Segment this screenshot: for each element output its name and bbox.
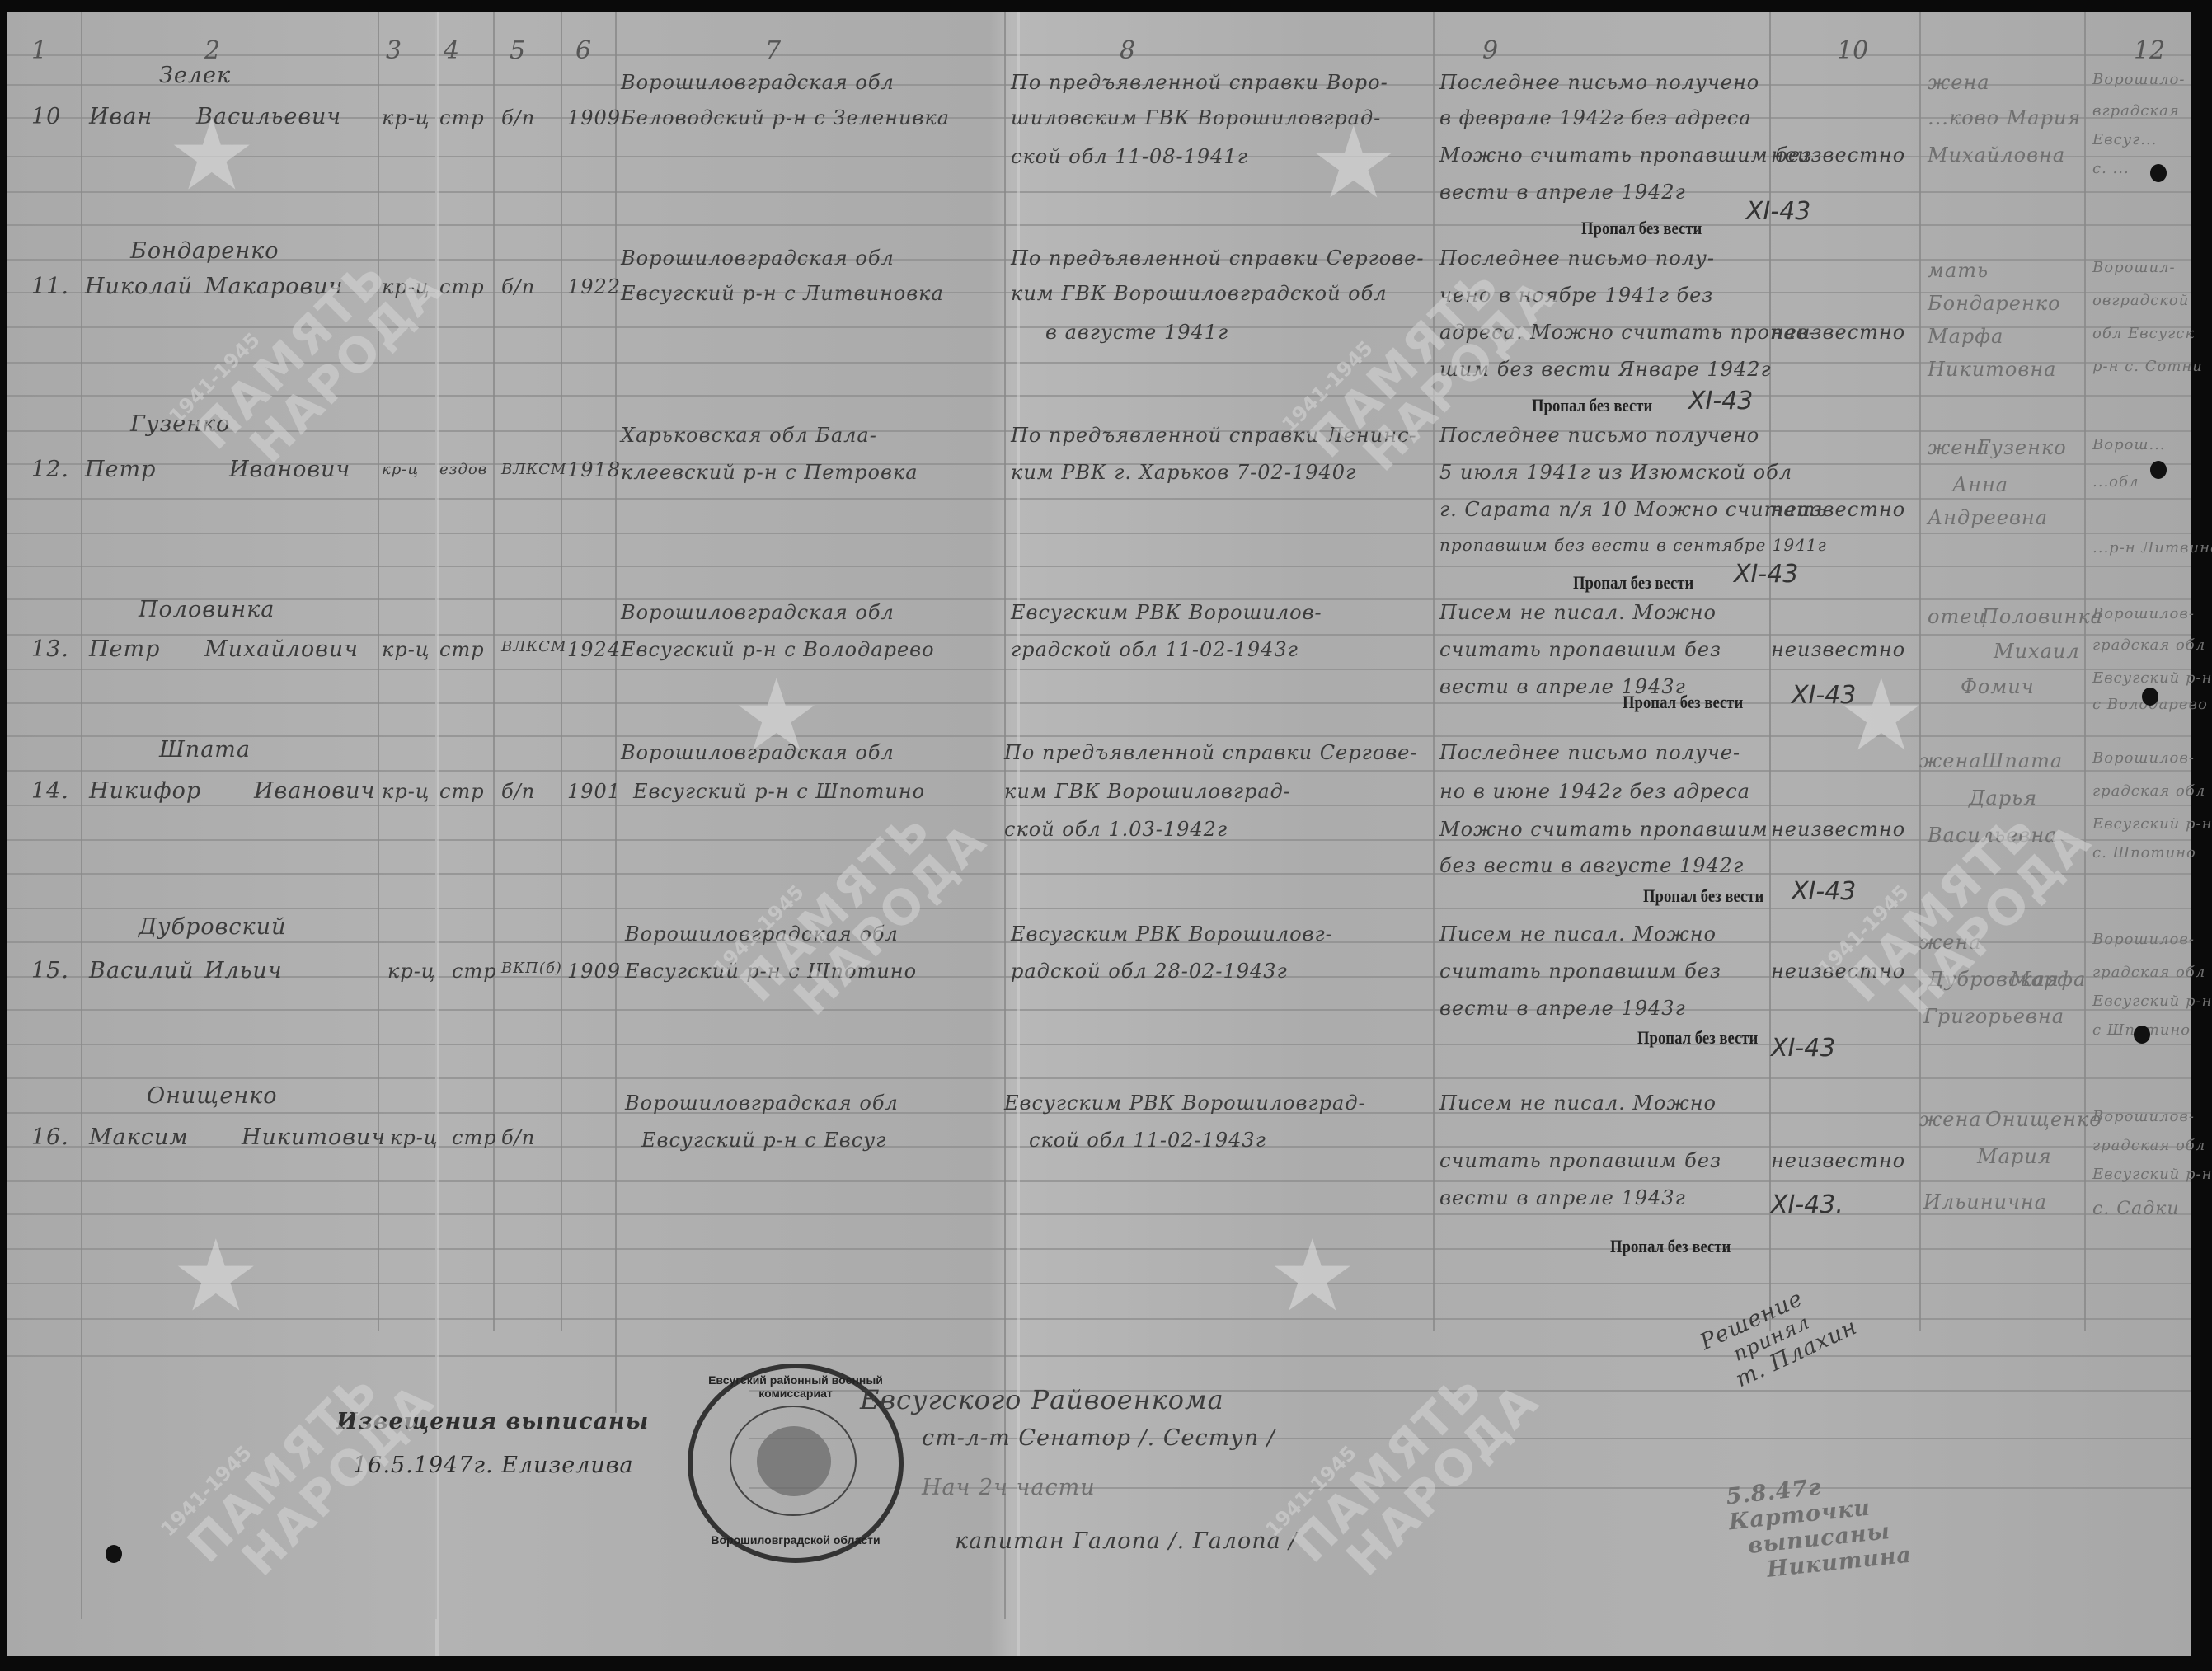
punch-hole: [2142, 688, 2158, 706]
nationality: кр-ц: [382, 780, 430, 803]
callup-line: Евсугским РВК Ворошилов-: [1011, 601, 1322, 624]
address-line: Ворошилов-: [2092, 1108, 2195, 1125]
rule-line: [7, 873, 2191, 875]
birth-year: 1909: [567, 106, 621, 129]
column-divider: [561, 12, 562, 1331]
party: ВКП(б): [501, 960, 562, 977]
callup-line: в августе 1941г: [1045, 321, 1228, 344]
callup-line: ской обл 11-02-1943г: [1029, 1129, 1266, 1152]
birthplace-line: Ворошиловградская обл: [625, 1091, 899, 1115]
address-line: с. Садки: [2092, 1199, 2180, 1219]
rule-line: [7, 566, 2191, 567]
address-line: с. ...: [2092, 160, 2130, 177]
first-name: Василий: [89, 958, 194, 983]
coat-of-arms-emblem: [757, 1426, 831, 1496]
birth-year: 1918: [567, 458, 621, 481]
record-number: 16.: [31, 1124, 69, 1150]
rule-line: [7, 634, 2191, 636]
column-number: 7: [765, 36, 781, 65]
party: б/п: [501, 780, 535, 803]
rank: стр: [452, 960, 497, 983]
date-place: неизвестно: [1771, 1149, 1905, 1172]
circumstances-line: вести в апреле 1943г: [1439, 997, 1686, 1020]
column-number: 9: [1482, 36, 1498, 65]
rule-line: [7, 1248, 2191, 1250]
surname: Половинка: [139, 597, 275, 622]
column-number: 3: [386, 36, 402, 65]
rule-line: [7, 533, 2191, 534]
surname: Дубровский: [139, 914, 286, 940]
patronymic: Иванович: [254, 778, 375, 804]
first-name: Максим: [89, 1124, 189, 1150]
circumstances-line: вести в апреле 1942г: [1439, 181, 1686, 204]
nationality: кр-ц: [382, 106, 430, 129]
rank: ездов: [439, 461, 487, 478]
birthplace-line: Беловодский р-н с Зеленивка: [621, 106, 950, 129]
address-line: Ворошил-: [2092, 259, 2176, 276]
missing-stamp: Пропал без вести: [1643, 885, 1763, 907]
address-line: Евсугский р-н: [2092, 993, 2212, 1010]
rule-line: [7, 598, 2191, 600]
relative-line: Марфа: [1928, 325, 2003, 348]
address-line: ...р-н Литвиновка: [2092, 539, 2212, 556]
callup-line: По предъявленной справки Сергове-: [1004, 741, 1417, 764]
date-place: неизвестно: [1771, 143, 1905, 167]
column-number: 1: [31, 36, 47, 65]
circumstances-line: Писем не писал. Можно: [1439, 1091, 1717, 1115]
party: б/п: [501, 106, 535, 129]
watermark-text: 1941-1945 ПАМЯТЬ НАРОДА: [1820, 764, 2100, 1044]
date-place: неизвестно: [1771, 638, 1905, 661]
first-name: Петр: [85, 457, 156, 482]
seal-text: Ворошиловградской области: [709, 1533, 882, 1547]
column-divider: [81, 12, 82, 1619]
address-line: Евсуг...: [2092, 131, 2157, 148]
address-line: Евсугский р-н: [2092, 669, 2212, 687]
column-number: 5: [510, 36, 525, 65]
first-name: Петр: [89, 636, 160, 662]
record-number: 11.: [31, 274, 69, 299]
star-icon: ★: [1309, 127, 1383, 201]
birthplace-line: клеевский р-н с Петровка: [621, 461, 918, 484]
column-divider: [1433, 12, 1435, 1331]
relative-line: Бондаренко: [1928, 292, 2061, 315]
rank: стр: [452, 1126, 497, 1149]
address-line: Евсугский р-н: [2092, 1166, 2212, 1183]
rule-line: [7, 1283, 2191, 1284]
watermark-text: 1941-1945 ПАМЯТЬ НАРОДА: [1268, 1325, 1547, 1604]
column-number: 12: [2134, 36, 2165, 65]
address-line: Евсугский р-н: [2092, 815, 2212, 833]
nationality: кр-ц: [382, 461, 419, 478]
column-divider: [615, 12, 617, 1413]
relative-line: Гузенко: [1977, 436, 2067, 459]
relative-line: жена: [1919, 749, 1982, 772]
relative-line: Половинка: [1981, 605, 2103, 628]
missing-stamp: Пропал без вести: [1532, 395, 1652, 416]
record-number: 14.: [31, 778, 69, 804]
address-line: с. Шпотино: [2092, 844, 2196, 861]
party: ВЛКСМ: [501, 461, 566, 478]
first-name: Никифор: [89, 778, 201, 804]
patronymic: Михайлович: [204, 636, 359, 662]
circumstances-line: Писем не писал. Можно: [1439, 601, 1717, 624]
circumstances-line: Последнее письмо получе-: [1439, 741, 1740, 764]
column-divider: [1004, 12, 1006, 1619]
relative-line: Михаил: [1994, 640, 2080, 663]
address-line: Ворошило-: [2092, 71, 2185, 88]
circumstances-line: Последнее письмо получено: [1439, 71, 1759, 94]
column-number: 8: [1120, 36, 1135, 65]
address-line: Ворош...: [2092, 436, 2166, 453]
birth-year: 1922: [567, 275, 621, 298]
column-number: 2: [204, 36, 220, 65]
star-icon: ★: [732, 679, 806, 753]
address-line: овградской: [2092, 292, 2189, 309]
circumstances-line: г. Сарата п/я 10 Можно считать: [1439, 498, 1828, 521]
relative-line: Онищенко: [1985, 1108, 2102, 1131]
address-line: Ворошилов-: [2092, 931, 2195, 948]
surname: Бондаренко: [130, 238, 279, 264]
address-line: градская обл: [2092, 964, 2205, 981]
missing-stamp: Пропал без вести: [1623, 692, 1743, 713]
circumstances-line: без вести в августе 1942г: [1439, 854, 1744, 877]
circumstances-line: Можно считать пропавшим без: [1439, 143, 1812, 167]
relative-line: Мария: [1977, 1145, 2052, 1168]
surname: Зелек: [159, 63, 231, 88]
callup-line: ской обл 11-08-1941г: [1011, 145, 1248, 168]
circumstances-line: Можно считать пропавшим: [1439, 818, 1768, 841]
circumstances-line: пропавшим без вести в сентябре 1941г: [1439, 535, 1827, 555]
callup-line: ким ГВК Ворошиловград-: [1004, 780, 1291, 803]
relative-line: отец: [1928, 605, 1987, 628]
signature-title: Евсугского Райвоенкома: [860, 1384, 1224, 1415]
relative-line: мать: [1928, 259, 1989, 282]
rule-line: [7, 1213, 2191, 1215]
relative-line: ...ково Мария: [1928, 106, 2081, 129]
callup-line: По предъявленной справки Воро-: [1011, 71, 1388, 94]
missing-stamp: Пропал без вести: [1637, 1027, 1758, 1049]
watermark-text: 1941-1945 ПАМЯТЬ НАРОДА: [716, 764, 995, 1044]
relative-line: Ильинична: [1923, 1190, 2047, 1213]
circumstances-line: 5 июля 1941г из Изюмской обл: [1439, 461, 1792, 484]
nationality: кр-ц: [382, 638, 430, 661]
column-number: 6: [575, 36, 591, 65]
rank: стр: [439, 638, 485, 661]
callup-line: По предъявленной справки Сергове-: [1011, 246, 1424, 270]
resolution-note: Решение принял т. Плахин: [1696, 1270, 1861, 1399]
rule-line: [7, 224, 2191, 226]
callup-line: Евсугским РВК Ворошиловг-: [1011, 922, 1333, 946]
address-line: Ворошилов-: [2092, 749, 2195, 767]
party: б/п: [501, 275, 535, 298]
relative-line: Шпата: [1981, 749, 2063, 772]
punch-hole: [2134, 1026, 2150, 1044]
circumstances-line: Писем не писал. Можно: [1439, 922, 1717, 946]
rule-line: [7, 1009, 2191, 1011]
punch-hole: [2150, 461, 2167, 479]
rule-line: [7, 805, 2191, 806]
star-icon: ★: [171, 1240, 246, 1314]
date-place: неизвестно: [1771, 498, 1905, 521]
callup-line: ким ГВК Ворошиловградской обл: [1011, 282, 1388, 305]
relative-line: Анна: [1952, 473, 2008, 496]
callup-line: Евсугским РВК Ворошиловград-: [1004, 1091, 1366, 1115]
stamp-date: XI-43.: [1771, 1190, 1843, 1219]
relative-line: Марфа: [2010, 968, 2086, 991]
stamp-date: XI-43: [1792, 877, 1856, 906]
first-name: Николай: [85, 274, 193, 299]
surname: Шпата: [159, 737, 251, 763]
rule-line: [7, 1077, 2191, 1079]
record-number: 10: [31, 104, 61, 129]
rule-line: [7, 1318, 2191, 1320]
birthplace-line: Евсугский р-н с Литвиновка: [621, 282, 944, 305]
circumstances-line: в феврале 1942г без адреса: [1439, 106, 1752, 129]
relative-line: жена: [1928, 71, 1990, 94]
side-note: 5.8.47г Карточки выписаны Никитина: [1725, 1466, 1913, 1586]
callup-line: градской обл 11-02-1943г: [1011, 638, 1299, 661]
record-number: 12.: [31, 457, 69, 482]
record-number: 15.: [31, 958, 69, 983]
birthplace-line: Ворошиловградская обл: [621, 601, 895, 624]
relative-line: Никитовна: [1928, 358, 2056, 381]
column-divider: [2084, 12, 2086, 1331]
address-line: градская обл: [2092, 1137, 2205, 1154]
address-line: градская обл: [2092, 636, 2205, 654]
relative-line: Фомич: [1961, 675, 2035, 698]
patronymic: Никитович: [242, 1124, 386, 1150]
rule-line: [7, 191, 2191, 193]
missing-stamp: Пропал без вести: [1610, 1236, 1731, 1257]
birthplace-line: Евсугский р-н с Евсуг: [641, 1129, 886, 1152]
birth-year: 1909: [567, 960, 621, 983]
callup-line: радской обл 28-02-1943г: [1011, 960, 1288, 983]
star-icon: ★: [1837, 679, 1911, 753]
surname: Онищенко: [147, 1083, 277, 1109]
callup-line: ской обл 1.03-1942г: [1004, 818, 1228, 841]
address-line: Ворошилов-: [2092, 605, 2195, 622]
record-number: 13.: [31, 636, 69, 662]
address-line: обл Евсугск: [2092, 325, 2195, 342]
document-sheet: 1 2 3 4 5 6 7 8 9 10 12 Зелек 10 Иван Ва…: [7, 12, 2191, 1656]
address-line: градская обл: [2092, 782, 2205, 800]
column-number: 4: [444, 36, 459, 65]
circumstances-line: считать пропавшим без: [1439, 638, 1721, 661]
date-place: неизвестно: [1771, 818, 1905, 841]
star-icon: ★: [167, 119, 242, 193]
punch-hole: [2150, 164, 2167, 182]
address-line: р-н с. Сотни: [2092, 358, 2203, 375]
column-number: 10: [1837, 36, 1868, 65]
relative-line: жена: [1919, 1108, 1982, 1131]
rule-line: [7, 908, 2191, 909]
callup-line: ким РВК г. Харьков 7-02-1940г: [1011, 461, 1356, 484]
signature-line: капитан Галопа /. Галопа /: [955, 1528, 1297, 1554]
birth-year: 1924: [567, 638, 621, 661]
stamp-date: XI-43: [1734, 560, 1798, 589]
birth-year: 1901: [567, 780, 621, 803]
date-place: неизвестно: [1771, 321, 1905, 344]
stamp-date: XI-43: [1771, 1034, 1835, 1063]
signature-line: Нач 2ч части: [922, 1475, 1096, 1500]
birthplace-line: Евсугский р-н с Володарево: [621, 638, 935, 661]
rank: стр: [439, 780, 485, 803]
stamp-date: XI-43: [1688, 387, 1753, 415]
punch-hole: [106, 1545, 122, 1563]
rule-line: [7, 1180, 2191, 1182]
rank: стр: [439, 106, 485, 129]
birthplace-line: Ворошиловградская обл: [621, 246, 895, 270]
first-name: Иван: [89, 104, 153, 129]
missing-stamp: Пропал без вести: [1573, 572, 1693, 594]
rule-line: [7, 1044, 2191, 1045]
circumstances-line: Последнее письмо получено: [1439, 424, 1759, 447]
address-line: вградская: [2092, 102, 2180, 120]
circumstances-line: считать пропавшим без: [1439, 1149, 1721, 1172]
circumstances-line: но в июне 1942г без адреса: [1439, 780, 1750, 803]
nationality: кр-ц: [387, 960, 436, 983]
nationality: кр-ц: [390, 1126, 439, 1149]
birthplace-line: Харьковская обл Бала-: [621, 424, 877, 447]
star-icon: ★: [1268, 1240, 1342, 1314]
circumstances-line: вести в апреле 1943г: [1439, 1186, 1686, 1209]
missing-stamp: Пропал без вести: [1581, 218, 1702, 239]
party: б/п: [501, 1126, 535, 1149]
circumstances-line: считать пропавшим без: [1439, 960, 1721, 983]
stamp-date: XI-43: [1746, 197, 1810, 226]
birthplace-line: Ворошиловградская обл: [621, 71, 895, 94]
patronymic: Ильич: [204, 958, 283, 983]
relative-line: Михайловна: [1928, 143, 2065, 167]
party: ВЛКСМ: [501, 638, 566, 655]
relative-line: Андреевна: [1928, 506, 2048, 529]
signature-line: ст-л-т Сенатор /. Сеступ /: [922, 1425, 1275, 1451]
address-line: ...обл: [2092, 473, 2139, 491]
